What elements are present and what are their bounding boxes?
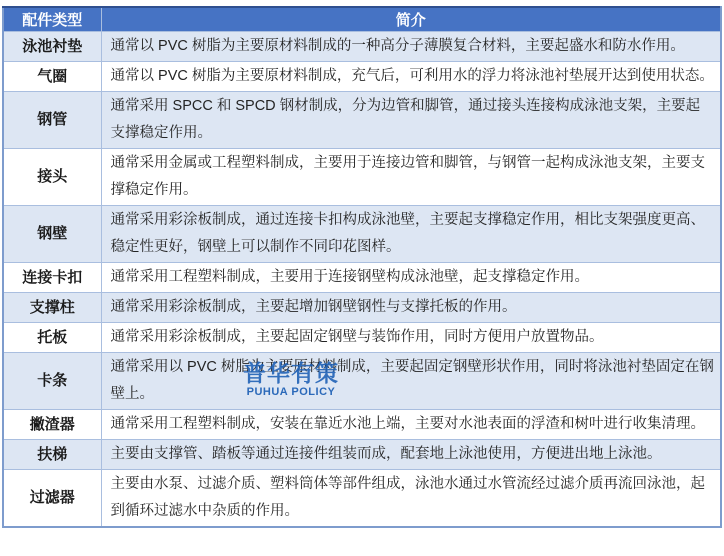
accessory-type-cell: 钢壁 [3,206,101,263]
table-row: 扶梯 主要由支撑管、踏板等通过连接件组装而成，配套地上泳池使用，方便进出地上泳池… [3,440,721,470]
accessory-desc-cell: 主要由水泵、过滤介质、塑料筒体等部件组成，泳池水通过水管流经过滤介质再流回泳池，… [101,470,721,528]
accessory-desc-cell: 通常采用彩涂板制成，主要起增加钢壁钢性与支撑托板的作用。 [101,293,721,323]
header-accessory-type: 配件类型 [3,7,101,32]
accessory-type-cell: 气圈 [3,62,101,92]
accessory-type-cell: 连接卡扣 [3,263,101,293]
table-row: 支撑柱 通常采用彩涂板制成，主要起增加钢壁钢性与支撑托板的作用。 [3,293,721,323]
table-row: 过滤器 主要由水泵、过滤介质、塑料筒体等部件组成，泳池水通过水管流经过滤介质再流… [3,470,721,528]
accessory-desc-cell: 通常采用工程塑料制成，安装在靠近水池上端，主要对水池表面的浮渣和树叶进行收集清理… [101,410,721,440]
document-page: 配件类型 简介 泳池衬垫 通常以 PVC 树脂为主要原材料制成的一种高分子薄膜复… [0,0,724,556]
table-row: 连接卡扣 通常采用工程塑料制成，主要用于连接钢壁构成泳池壁，起支撑稳定作用。 [3,263,721,293]
accessory-desc-cell: 通常采用工程塑料制成，主要用于连接钢壁构成泳池壁，起支撑稳定作用。 [101,263,721,293]
accessory-desc-cell: 主要由支撑管、踏板等通过连接件组装而成，配套地上泳池使用，方便进出地上泳池。 [101,440,721,470]
accessory-desc-cell: 通常采用以 PVC 树脂为主要原材料制成，主要起固定钢壁形状作用，同时将泳池衬垫… [101,353,721,410]
table-row: 钢壁 通常采用彩涂板制成，通过连接卡扣构成泳池壁，主要起支撑稳定作用，相比支架强… [3,206,721,263]
table-header: 配件类型 简介 [3,7,721,32]
table-row: 泳池衬垫 通常以 PVC 树脂为主要原材料制成的一种高分子薄膜复合材料，主要起盛… [3,32,721,62]
header-row: 配件类型 简介 [3,7,721,32]
accessory-desc-cell: 通常以 PVC 树脂为主要原材料制成，充气后，可利用水的浮力将泳池衬垫展开达到使… [101,62,721,92]
accessory-type-cell: 托板 [3,323,101,353]
accessory-desc-cell: 通常采用 SPCC 和 SPCD 钢材制成，分为边管和脚管，通过接头连接构成泳池… [101,92,721,149]
accessory-type-cell: 泳池衬垫 [3,32,101,62]
accessory-type-cell: 支撑柱 [3,293,101,323]
accessory-desc-cell: 通常采用彩涂板制成，主要起固定钢壁与装饰作用，同时方便用户放置物品。 [101,323,721,353]
accessory-type-cell: 卡条 [3,353,101,410]
accessory-desc-cell: 通常采用金属或工程塑料制成，主要用于连接边管和脚管，与钢管一起构成泳池支架，主要… [101,149,721,206]
accessory-desc-cell: 通常采用彩涂板制成，通过连接卡扣构成泳池壁，主要起支撑稳定作用，相比支架强度更高… [101,206,721,263]
table-row: 托板 通常采用彩涂板制成，主要起固定钢壁与装饰作用，同时方便用户放置物品。 [3,323,721,353]
accessory-desc-cell: 通常以 PVC 树脂为主要原材料制成的一种高分子薄膜复合材料，主要起盛水和防水作… [101,32,721,62]
accessory-type-cell: 钢管 [3,92,101,149]
table-row: 撇渣器 通常采用工程塑料制成，安装在靠近水池上端，主要对水池表面的浮渣和树叶进行… [3,410,721,440]
table-row: 气圈 通常以 PVC 树脂为主要原材料制成，充气后，可利用水的浮力将泳池衬垫展开… [3,62,721,92]
table-row: 接头 通常采用金属或工程塑料制成，主要用于连接边管和脚管，与钢管一起构成泳池支架… [3,149,721,206]
accessory-type-cell: 过滤器 [3,470,101,528]
header-introduction: 简介 [101,7,721,32]
table-body: 泳池衬垫 通常以 PVC 树脂为主要原材料制成的一种高分子薄膜复合材料，主要起盛… [3,32,721,528]
accessory-type-cell: 接头 [3,149,101,206]
table-row: 卡条 通常采用以 PVC 树脂为主要原材料制成，主要起固定钢壁形状作用，同时将泳… [3,353,721,410]
accessory-type-cell: 撇渣器 [3,410,101,440]
table-row: 钢管 通常采用 SPCC 和 SPCD 钢材制成，分为边管和脚管，通过接头连接构… [3,92,721,149]
pool-accessory-table: 配件类型 简介 泳池衬垫 通常以 PVC 树脂为主要原材料制成的一种高分子薄膜复… [2,6,722,528]
accessory-type-cell: 扶梯 [3,440,101,470]
